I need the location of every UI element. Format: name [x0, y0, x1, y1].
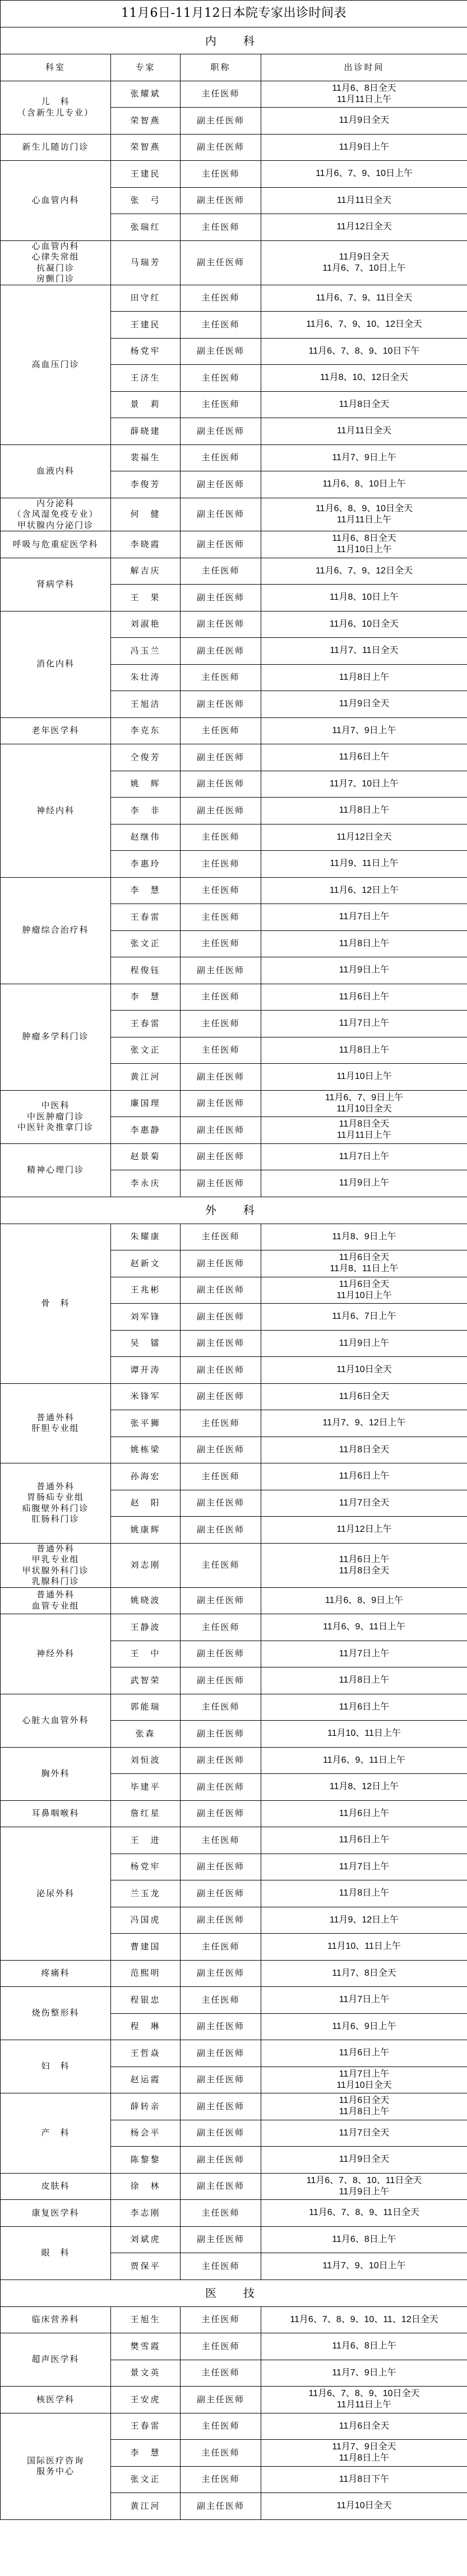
- department-name: 呼吸与危重症医学科: [1, 531, 111, 558]
- doctor-rank: 主任医师: [181, 161, 261, 188]
- doctor-rank: 副主任医师: [181, 2387, 261, 2413]
- doctor-rank: 副主任医师: [181, 108, 261, 135]
- doctor-name: 杨党牢: [111, 1854, 181, 1880]
- table-row: 产 科薛转亲副主任医师11月6日全天 11月8日上午: [1, 2093, 467, 2120]
- doctor-rank: 副主任医师: [181, 1090, 261, 1117]
- doctor-name: 王建民: [111, 312, 181, 339]
- doctor-rank: 副主任医师: [181, 1330, 261, 1357]
- column-header-time: 出诊时间: [261, 54, 467, 81]
- department-name: 超声医学科: [1, 2333, 111, 2387]
- clinic-time: 11月12日上午: [261, 1517, 467, 1544]
- clinic-time: 11月9日上午: [261, 1330, 467, 1357]
- doctor-rank: 副主任医师: [181, 1587, 261, 1614]
- doctor-rank: 副主任医师: [181, 2013, 261, 2040]
- clinic-time: 11月7、10日上午: [261, 771, 467, 798]
- doctor-name: 景文英: [111, 2360, 181, 2387]
- clinic-time: 11月6日上午: [261, 2040, 467, 2067]
- doctor-rank: 副主任医师: [181, 1277, 261, 1304]
- doctor-name: 贾保平: [111, 2253, 181, 2280]
- doctor-name: 马瑞芳: [111, 240, 181, 285]
- doctor-rank: 副主任医师: [181, 1490, 261, 1517]
- doctor-name: 王春雷: [111, 1011, 181, 1037]
- doctor-rank: 副主任医师: [181, 771, 261, 798]
- doctor-name: 徐 林: [111, 2173, 181, 2200]
- doctor-rank: 主任医师: [181, 1694, 261, 1721]
- table-row: 神经内科仝俊芳副主任医师11月6日上午: [1, 744, 467, 771]
- clinic-time: 11月8、9日上午: [261, 1224, 467, 1250]
- department-name: 国际医疗咨询 服务中心: [1, 2413, 111, 2519]
- doctor-rank: 副主任医师: [181, 134, 261, 161]
- doctor-name: 米锋军: [111, 1383, 181, 1410]
- doctor-rank: 主任医师: [181, 365, 261, 392]
- doctor-name: 冯国虎: [111, 1907, 181, 1934]
- clinic-time: 11月6、9、11日上午: [261, 1747, 467, 1774]
- table-row: 普通外科 肝胆专业组米锋军副主任医师11月6日全天: [1, 1383, 467, 1410]
- doctor-rank: 副主任医师: [181, 2093, 261, 2120]
- clinic-time: 11月6、7日上午: [261, 1304, 467, 1331]
- doctor-rank: 副主任医师: [181, 418, 261, 445]
- department-name: 高血压门诊: [1, 285, 111, 444]
- doctor-rank: 副主任医师: [181, 1721, 261, 1748]
- table-row: 皮肤科徐 林副主任医师11月6、7、8、10、11日全天 11月9日上午: [1, 2173, 467, 2200]
- doctor-name: 王春雷: [111, 904, 181, 931]
- doctor-name: 王哲焱: [111, 2040, 181, 2067]
- doctor-rank: 主任医师: [181, 717, 261, 744]
- doctor-name: 程俊钰: [111, 957, 181, 984]
- clinic-time: 11月6日全天: [261, 2413, 467, 2440]
- clinic-time: 11月8日全天 11月11日上午: [261, 1117, 467, 1144]
- table-row: 烧伤整形科程银忠主任医师11月7日上午: [1, 1987, 467, 2014]
- table-row: 精神心理门诊赵景菊副主任医师11月7日上午: [1, 1143, 467, 1170]
- doctor-rank: 副主任医师: [181, 744, 261, 771]
- doctor-name: 荣智燕: [111, 134, 181, 161]
- doctor-name: 王 中: [111, 1641, 181, 1667]
- doctor-rank: 主任医师: [181, 2360, 261, 2387]
- doctor-rank: 主任医师: [181, 1614, 261, 1641]
- department-name: 临床营养科: [1, 2306, 111, 2333]
- doctor-rank: 副主任医师: [181, 1641, 261, 1667]
- doctor-rank: 主任医师: [181, 1011, 261, 1037]
- doctor-name: 赵继伟: [111, 824, 181, 851]
- doctor-rank: 主任医师: [181, 312, 261, 339]
- doctor-name: 詹红星: [111, 1800, 181, 1827]
- doctor-rank: 主任医师: [181, 1037, 261, 1064]
- doctor-name: 张文正: [111, 1037, 181, 1064]
- clinic-time: 11月7日上午: [261, 1011, 467, 1037]
- doctor-name: 黄江河: [111, 2493, 181, 2520]
- doctor-rank: 主任医师: [181, 2440, 261, 2467]
- doctor-name: 刘志刚: [111, 1543, 181, 1587]
- doctor-rank: 主任医师: [181, 1224, 261, 1250]
- clinic-time: 11月7、8日全天: [261, 1960, 467, 1987]
- clinic-time: 11月6、10日全天: [261, 611, 467, 638]
- doctor-name: 张瑞红: [111, 214, 181, 241]
- table-row: 神经外科王静波主任医师11月6、9、11日上午: [1, 1614, 467, 1641]
- department-name: 精神心理门诊: [1, 1143, 111, 1197]
- doctor-name: 李惠玲: [111, 851, 181, 878]
- department-name: 心血管内科 心律失常组 抗凝门诊 房颤门诊: [1, 240, 111, 285]
- clinic-time: 11月6、8日全天 11月10日上午: [261, 531, 467, 558]
- doctor-rank: 副主任医师: [181, 1907, 261, 1934]
- table-row: 普通外科 甲乳专业组 甲状腺外科门诊 乳腺科门诊刘志刚主任医师11月6日上午 1…: [1, 1543, 467, 1587]
- table-row: 儿 科 （含新生儿专业）张耀斌主任医师11月6、8日全天 11月11日上午: [1, 81, 467, 108]
- doctor-rank: 主任医师: [181, 391, 261, 418]
- clinic-time: 11月6、7、9、10日上午: [261, 161, 467, 188]
- doctor-name: 范熙明: [111, 1960, 181, 1987]
- department-name: 老年医学科: [1, 717, 111, 744]
- doctor-name: 赵 阳: [111, 1490, 181, 1517]
- table-row: 老年医学科李克东主任医师11月7、9日上午: [1, 717, 467, 744]
- clinic-time: 11月6、7、9、11日全天: [261, 285, 467, 312]
- clinic-time: 11月6、7、8、10、11日全天 11月9日上午: [261, 2173, 467, 2200]
- doctor-rank: 主任医师: [181, 1410, 261, 1437]
- table-row: 普通外科 胃肠疝专业组 疝腹壁外科门诊 肛肠科门诊孙海宏主任医师11月6日上午: [1, 1463, 467, 1490]
- doctor-rank: 主任医师: [181, 877, 261, 904]
- doctor-rank: 主任医师: [181, 2200, 261, 2227]
- department-name: 胸外科: [1, 1747, 111, 1800]
- section-title: 外 科: [1, 1197, 467, 1224]
- clinic-time: 11月6日上午: [261, 744, 467, 771]
- clinic-time: 11月7日上午: [261, 1641, 467, 1667]
- page-title: 11月6日-11月12日本院专家出诊时间表: [1, 1, 467, 27]
- doctor-rank: 副主任医师: [181, 2147, 261, 2174]
- table-row: 泌尿外科王 进主任医师11月6日上午: [1, 1827, 467, 1854]
- clinic-time: 11月8、10、12日全天: [261, 365, 467, 392]
- doctor-name: 解吉庆: [111, 558, 181, 585]
- clinic-time: 11月6、7、9日上午 11月10日全天: [261, 1090, 467, 1117]
- schedule-table: 11月6日-11月12日本院专家出诊时间表 内 科科室专家职称出诊时间儿 科 （…: [0, 0, 467, 2520]
- doctor-name: 朱耀康: [111, 1224, 181, 1250]
- doctor-name: 曹建国: [111, 1934, 181, 1961]
- doctor-rank: 主任医师: [181, 984, 261, 1011]
- department-name: 普通外科 甲乳专业组 甲状腺外科门诊 乳腺科门诊: [1, 1543, 111, 1587]
- doctor-rank: 主任医师: [181, 2306, 261, 2333]
- department-name: 血液内科: [1, 444, 111, 498]
- doctor-name: 兰玉龙: [111, 1880, 181, 1907]
- doctor-rank: 主任医师: [181, 2333, 261, 2360]
- doctor-name: 李 慧: [111, 2440, 181, 2467]
- doctor-name: 程银忠: [111, 1987, 181, 2014]
- doctor-rank: 主任医师: [181, 81, 261, 108]
- doctor-name: 赵新文: [111, 1250, 181, 1277]
- table-row: 胸外科刘恒波副主任医师11月6、9、11日上午: [1, 1747, 467, 1774]
- clinic-time: 11月6日全天 11月8、11日上午: [261, 1250, 467, 1277]
- table-row: 肾病学科解吉庆主任医师11月6、7、9、12日全天: [1, 558, 467, 585]
- doctor-rank: 副主任医师: [181, 1517, 261, 1544]
- doctor-name: 杨会平: [111, 2120, 181, 2147]
- doctor-rank: 主任医师: [181, 930, 261, 957]
- doctor-name: 王济生: [111, 365, 181, 392]
- column-header-doctor: 专家: [111, 54, 181, 81]
- clinic-time: 11月7日全天: [261, 2120, 467, 2147]
- clinic-time: 11月6日上午: [261, 1694, 467, 1721]
- doctor-name: 王 果: [111, 585, 181, 611]
- doctor-name: 程 琳: [111, 2013, 181, 2040]
- clinic-time: 11月8日上午: [261, 664, 467, 691]
- doctor-name: 刘恒波: [111, 1747, 181, 1774]
- doctor-rank: 副主任医师: [181, 2067, 261, 2093]
- clinic-time: 11月8日上午: [261, 1880, 467, 1907]
- clinic-time: 11月6日全天: [261, 1383, 467, 1410]
- doctor-rank: 副主任医师: [181, 240, 261, 285]
- doctor-rank: 副主任医师: [181, 1800, 261, 1827]
- table-row: 心血管内科王建民主任医师11月6、7、9、10日上午: [1, 161, 467, 188]
- clinic-time: 11月8日上午: [261, 1037, 467, 1064]
- doctor-rank: 副主任医师: [181, 691, 261, 718]
- doctor-rank: 副主任医师: [181, 1304, 261, 1331]
- doctor-rank: 主任医师: [181, 664, 261, 691]
- clinic-time: 11月7、11日全天: [261, 638, 467, 665]
- doctor-name: 王兆彬: [111, 1277, 181, 1304]
- clinic-time: 11月8日上午: [261, 930, 467, 957]
- table-row: 新生儿随访门诊荣智燕副主任医师11月9日上午: [1, 134, 467, 161]
- clinic-time: 11月8、12日上午: [261, 1774, 467, 1801]
- clinic-time: 11月9日上午: [261, 134, 467, 161]
- doctor-name: 姚栋梁: [111, 1437, 181, 1463]
- doctor-name: 景 莉: [111, 391, 181, 418]
- clinic-time: 11月6日全天 11月10日上午: [261, 1277, 467, 1304]
- doctor-name: 樊雪霞: [111, 2333, 181, 2360]
- department-name: 骨 科: [1, 1224, 111, 1383]
- doctor-name: 张耀斌: [111, 81, 181, 108]
- department-name: 新生儿随访门诊: [1, 134, 111, 161]
- doctor-name: 毕建平: [111, 1774, 181, 1801]
- department-name: 消化内科: [1, 611, 111, 717]
- doctor-rank: 副主任医师: [181, 798, 261, 824]
- clinic-time: 11月9日全天 11月6、7、10日上午: [261, 240, 467, 285]
- doctor-rank: 主任医师: [181, 214, 261, 241]
- table-row: 高血压门诊田守红主任医师11月6、7、9、11日全天: [1, 285, 467, 312]
- clinic-time: 11月6、8日上午: [261, 2226, 467, 2253]
- doctor-name: 李 慧: [111, 984, 181, 1011]
- clinic-time: 11月10日上午: [261, 1064, 467, 1091]
- department-name: 肿瘤综合治疗科: [1, 877, 111, 984]
- doctor-name: 张森: [111, 1721, 181, 1748]
- clinic-time: 11月6、7、8、9、10、11、12日全天: [261, 2306, 467, 2333]
- table-row: 国际医疗咨询 服务中心王春雷主任医师11月6日全天: [1, 2413, 467, 2440]
- clinic-time: 11月9日上午: [261, 1170, 467, 1197]
- table-row: 骨 科朱耀康主任医师11月8、9日上午: [1, 1224, 467, 1250]
- doctor-rank: 副主任医师: [181, 638, 261, 665]
- clinic-time: 11月9、11日上午: [261, 851, 467, 878]
- clinic-time: 11月7日上午: [261, 1854, 467, 1880]
- doctor-name: 刘军锋: [111, 1304, 181, 1331]
- doctor-rank: 主任医师: [181, 1543, 261, 1587]
- column-header-rank: 职称: [181, 54, 261, 81]
- doctor-name: 刘斌虎: [111, 2226, 181, 2253]
- doctor-rank: 主任医师: [181, 1934, 261, 1961]
- doctor-name: 刘淑艳: [111, 611, 181, 638]
- doctor-name: 朱壮涛: [111, 664, 181, 691]
- doctor-name: 王春雷: [111, 2413, 181, 2440]
- clinic-time: 11月12日全天: [261, 824, 467, 851]
- department-name: 普通外科 血管专业组: [1, 1587, 111, 1614]
- clinic-time: 11月8日下午: [261, 2466, 467, 2493]
- doctor-rank: 主任医师: [181, 444, 261, 471]
- table-row: 消化内科刘淑艳副主任医师11月6、10日全天: [1, 611, 467, 638]
- column-header-dept: 科室: [1, 54, 111, 81]
- doctor-name: 吴 镭: [111, 1330, 181, 1357]
- doctor-name: 李 非: [111, 798, 181, 824]
- doctor-name: 赵景菊: [111, 1143, 181, 1170]
- doctor-name: 王旭生: [111, 2306, 181, 2333]
- doctor-name: 冯玉兰: [111, 638, 181, 665]
- table-row: 康复医学科李志刚主任医师11月6、7、8、9、11日全天: [1, 2200, 467, 2227]
- table-row: 耳鼻咽喉科詹红星副主任医师11月6日上午: [1, 1800, 467, 1827]
- doctor-rank: 主任医师: [181, 2253, 261, 2280]
- clinic-time: 11月8日全天: [261, 391, 467, 418]
- clinic-time: 11月6、8、9日上午: [261, 1587, 467, 1614]
- table-row: 呼吸与危重症医学科李晓霞副主任医师11月6、8日全天 11月10日上午: [1, 531, 467, 558]
- doctor-name: 张文正: [111, 2466, 181, 2493]
- table-row: 疼痛科范熙明副主任医师11月7、8日全天: [1, 1960, 467, 1987]
- table-row: 核医学科王安虎副主任医师11月6、7、8、9、10日全天 11月11日上午: [1, 2387, 467, 2413]
- clinic-time: 11月6日上午: [261, 1827, 467, 1854]
- doctor-rank: 副主任医师: [181, 338, 261, 365]
- department-name: 心血管内科: [1, 161, 111, 241]
- doctor-rank: 副主任医师: [181, 1960, 261, 1987]
- section-title: 医 技: [1, 2280, 467, 2306]
- doctor-name: 仝俊芳: [111, 744, 181, 771]
- doctor-rank: 副主任医师: [181, 1747, 261, 1774]
- doctor-rank: 主任医师: [181, 2466, 261, 2493]
- department-name: 核医学科: [1, 2387, 111, 2413]
- table-row: 眼 科刘斌虎副主任医师11月6、8日上午: [1, 2226, 467, 2253]
- clinic-time: 11月10、11日上午: [261, 1934, 467, 1961]
- doctor-name: 黄江河: [111, 1064, 181, 1091]
- department-name: 皮肤科: [1, 2173, 111, 2200]
- doctor-name: 王旭洁: [111, 691, 181, 718]
- section-header-row: 医 技: [1, 2280, 467, 2306]
- doctor-name: 郭能瑞: [111, 1694, 181, 1721]
- clinic-time: 11月8、10日上午: [261, 585, 467, 611]
- department-name: 妇 科: [1, 2040, 111, 2093]
- department-name: 肿瘤多学科门诊: [1, 984, 111, 1090]
- section-header-row: 外 科: [1, 1197, 467, 1224]
- clinic-time: 11月6、12日上午: [261, 877, 467, 904]
- department-name: 产 科: [1, 2093, 111, 2174]
- clinic-time: 11月6日上午 11月8日全天: [261, 1543, 467, 1587]
- clinic-time: 11月7、9、12日上午: [261, 1410, 467, 1437]
- doctor-name: 薛转亲: [111, 2093, 181, 2120]
- doctor-rank: 主任医师: [181, 285, 261, 312]
- clinic-time: 11月8日上午: [261, 1667, 467, 1694]
- clinic-time: 11月6日上午: [261, 1463, 467, 1490]
- doctor-rank: 副主任医师: [181, 1667, 261, 1694]
- table-row: 内分泌科 （含风湿免疫专业） 甲状腺内分泌门诊何 健副主任医师11月6、8、9、…: [1, 498, 467, 531]
- table-row: 心脏大血管外科郭能瑞主任医师11月6日上午: [1, 1694, 467, 1721]
- doctor-rank: 主任医师: [181, 558, 261, 585]
- department-name: 普通外科 胃肠疝专业组 疝腹壁外科门诊 肛肠科门诊: [1, 1463, 111, 1544]
- clinic-time: 11月6、7、8、9、10日全天 11月11日上午: [261, 2387, 467, 2413]
- doctor-name: 李 慧: [111, 877, 181, 904]
- department-name: 儿 科 （含新生儿专业）: [1, 81, 111, 134]
- table-row: 临床营养科王旭生主任医师11月6、7、8、9、10、11、12日全天: [1, 2306, 467, 2333]
- clinic-time: 11月8日上午: [261, 798, 467, 824]
- doctor-rank: 副主任医师: [181, 2120, 261, 2147]
- department-name: 烧伤整形科: [1, 1987, 111, 2040]
- clinic-time: 11月6日上午: [261, 984, 467, 1011]
- doctor-rank: 副主任医师: [181, 1437, 261, 1463]
- table-row: 肿瘤多学科门诊李 慧主任医师11月6日上午: [1, 984, 467, 1011]
- doctor-name: 姚晓波: [111, 1587, 181, 1614]
- clinic-time: 11月6、8日上午: [261, 2333, 467, 2360]
- clinic-time: 11月6、8、9、10日全天 11月11日上午: [261, 498, 467, 531]
- doctor-name: 廉国理: [111, 1090, 181, 1117]
- section-title: 内 科: [1, 27, 467, 54]
- doctor-name: 张文正: [111, 930, 181, 957]
- clinic-time: 11月7、9日上午: [261, 717, 467, 744]
- doctor-name: 孙海宏: [111, 1463, 181, 1490]
- doctor-rank: 副主任医师: [181, 611, 261, 638]
- clinic-time: 11月9日全天: [261, 108, 467, 135]
- department-name: 肾病学科: [1, 558, 111, 611]
- department-name: 疼痛科: [1, 1960, 111, 1987]
- doctor-name: 裴福生: [111, 444, 181, 471]
- table-row: 超声医学科樊雪霞主任医师11月6、8日上午: [1, 2333, 467, 2360]
- doctor-name: 李志刚: [111, 2200, 181, 2227]
- doctor-rank: 副主任医师: [181, 1143, 261, 1170]
- clinic-time: 11月10日全天: [261, 1357, 467, 1384]
- department-name: 泌尿外科: [1, 1827, 111, 1961]
- department-name: 眼 科: [1, 2226, 111, 2280]
- doctor-name: 薛晓建: [111, 418, 181, 445]
- table-row: 中医科 中医肿瘤门诊 中医针灸推拿门诊廉国理副主任医师11月6、7、9日上午 1…: [1, 1090, 467, 1117]
- clinic-time: 11月9日全天: [261, 691, 467, 718]
- doctor-rank: 副主任医师: [181, 1880, 261, 1907]
- doctor-rank: 副主任医师: [181, 1357, 261, 1384]
- clinic-time: 11月7、9日上午: [261, 2360, 467, 2387]
- doctor-name: 姚康辉: [111, 1517, 181, 1544]
- doctor-name: 张 弓: [111, 187, 181, 214]
- department-name: 中医科 中医肿瘤门诊 中医针灸推拿门诊: [1, 1090, 111, 1143]
- table-row: 心血管内科 心律失常组 抗凝门诊 房颤门诊马瑞芳副主任医师11月9日全天 11月…: [1, 240, 467, 285]
- doctor-rank: 主任医师: [181, 2413, 261, 2440]
- doctor-rank: 副主任医师: [181, 187, 261, 214]
- doctor-name: 陈黎黎: [111, 2147, 181, 2174]
- doctor-rank: 副主任医师: [181, 2493, 261, 2520]
- doctor-name: 谭开涛: [111, 1357, 181, 1384]
- doctor-rank: 主任医师: [181, 824, 261, 851]
- clinic-time: 11月7日上午: [261, 904, 467, 931]
- clinic-time: 11月6、8日全天 11月11日上午: [261, 81, 467, 108]
- clinic-time: 11月6、9日上午: [261, 2013, 467, 2040]
- clinic-time: 11月7、9日全天 11月8日上午: [261, 2440, 467, 2467]
- table-row: 血液内科裴福生主任医师11月7、9日上午: [1, 444, 467, 471]
- clinic-time: 11月6、9、11日上午: [261, 1614, 467, 1641]
- doctor-rank: 副主任医师: [181, 2040, 261, 2067]
- doctor-rank: 副主任医师: [181, 1383, 261, 1410]
- clinic-time: 11月11日全天: [261, 418, 467, 445]
- clinic-time: 11月8日全天: [261, 1437, 467, 1463]
- clinic-time: 11月6日全天 11月8日上午: [261, 2093, 467, 2120]
- clinic-time: 11月7、9、10日上午: [261, 2253, 467, 2280]
- clinic-time: 11月7日上午 11月10日全天: [261, 2067, 467, 2093]
- department-name: 普通外科 肝胆专业组: [1, 1383, 111, 1463]
- clinic-time: 11月7日上午: [261, 1987, 467, 2014]
- doctor-name: 王建民: [111, 161, 181, 188]
- doctor-rank: 主任医师: [181, 1827, 261, 1854]
- clinic-time: 11月6、7、8、9、11日全天: [261, 2200, 467, 2227]
- department-name: 心脏大血管外科: [1, 1694, 111, 1747]
- doctor-name: 赵运霞: [111, 2067, 181, 2093]
- department-name: 康复医学科: [1, 2200, 111, 2227]
- clinic-time: 11月11日全天: [261, 187, 467, 214]
- doctor-rank: 主任医师: [181, 851, 261, 878]
- doctor-name: 王 进: [111, 1827, 181, 1854]
- doctor-rank: 副主任医师: [181, 1854, 261, 1880]
- doctor-rank: 副主任医师: [181, 1774, 261, 1801]
